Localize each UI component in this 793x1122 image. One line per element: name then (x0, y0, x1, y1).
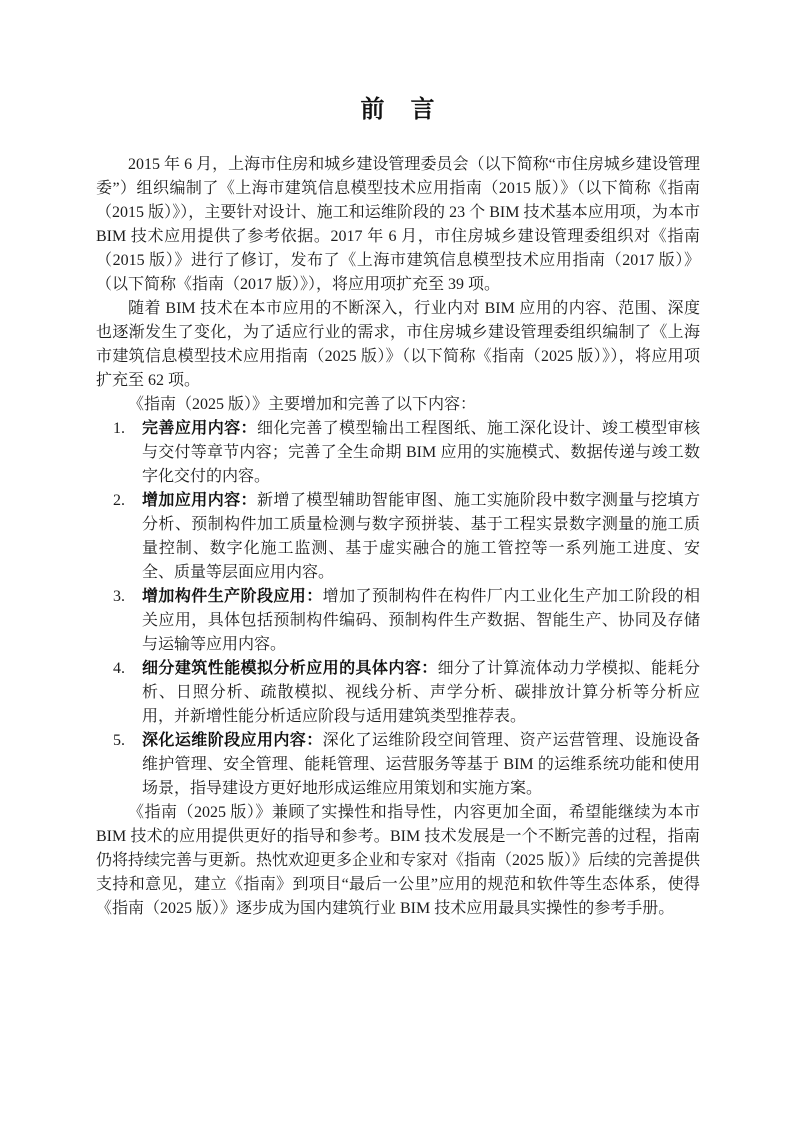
list-item-number: 3. (113, 585, 125, 609)
page-title: 前 言 (96, 97, 700, 123)
list-item-label: 深化运维阶段应用内容： (142, 732, 323, 749)
document-body: 2015 年 6 月，上海市住房和城乡建设管理委员会（以下简称“市住房城乡建设管… (96, 153, 700, 921)
paragraph-intro-2015: 2015 年 6 月，上海市住房和城乡建设管理委员会（以下简称“市住房城乡建设管… (96, 153, 700, 297)
list-item-label: 增加构件生产阶段应用： (142, 588, 323, 605)
list-item-number: 2. (113, 489, 125, 513)
paragraph-intro-2025: 随着 BIM 技术在本市应用的不断深入，行业内对 BIM 应用的内容、范围、深度… (96, 297, 700, 393)
list-item-number: 5. (113, 729, 125, 753)
list-item-label: 细分建筑性能模拟分析应用的具体内容： (142, 660, 438, 677)
document-page: 前 言 2015 年 6 月，上海市住房和城乡建设管理委员会（以下简称“市住房城… (0, 0, 793, 1122)
list-item-label: 完善应用内容： (142, 420, 257, 437)
list-item-number: 1. (113, 417, 125, 441)
list-item: 5.深化运维阶段应用内容：深化了运维阶段空间管理、资产运营管理、设施设备维护管理… (96, 729, 700, 801)
list-item-number: 4. (113, 657, 125, 681)
paragraph-closing: 《指南（2025 版）》兼顾了实操性和指导性，内容更加全面，希望能继续为本市 B… (96, 801, 700, 921)
list-item: 3.增加构件生产阶段应用：增加了预制构件在构件厂内工业化生产加工阶段的相关应用，… (96, 585, 700, 657)
paragraph-list-intro: 《指南（2025 版）》主要增加和完善了以下内容： (96, 393, 700, 417)
list-item: 1.完善应用内容：细化完善了模型输出工程图纸、施工深化设计、竣工模型审核与交付等… (96, 417, 700, 489)
list-item: 2.增加应用内容：新增了模型辅助智能审图、施工实施阶段中数字测量与挖填方分析、预… (96, 489, 700, 585)
list-item-label: 增加应用内容： (142, 492, 257, 509)
list-item: 4.细分建筑性能模拟分析应用的具体内容：细分了计算流体动力学模拟、能耗分析、日照… (96, 657, 700, 729)
